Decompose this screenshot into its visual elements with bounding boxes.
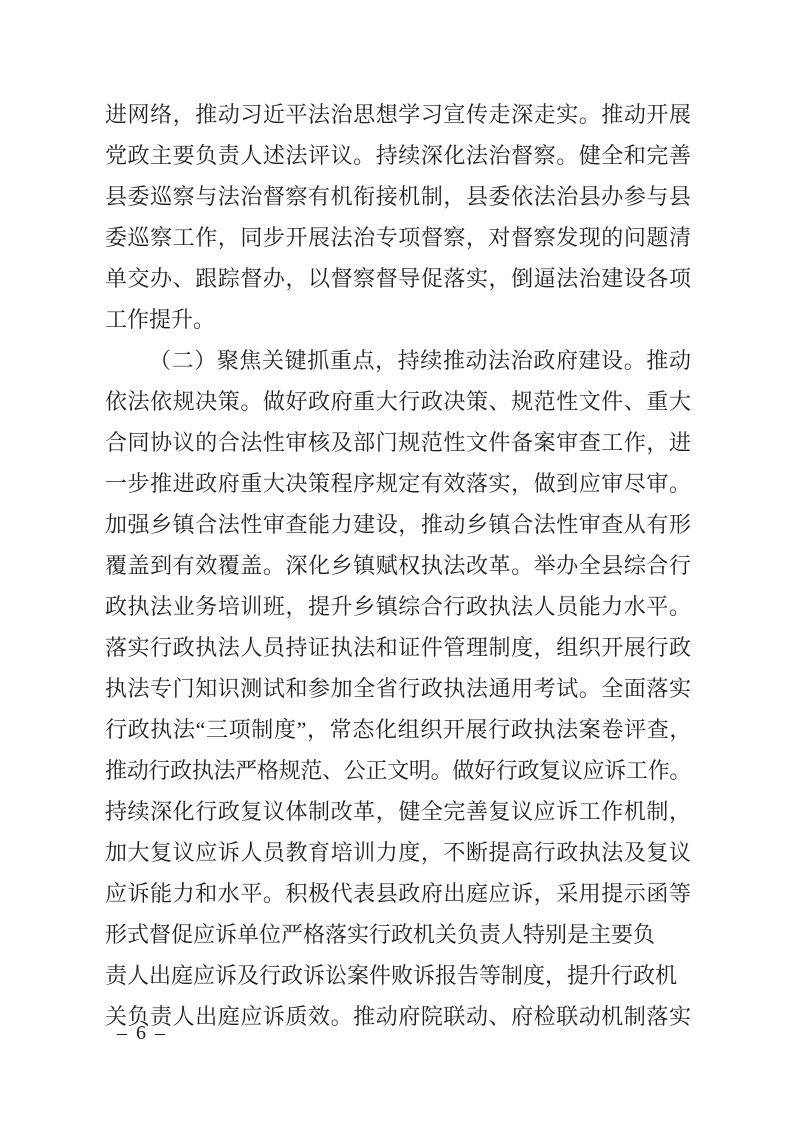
document-body: 进网络，推动习近平法治思想学习宣传走深走实。推动开展党政主要负责人述法评议。持续… (105, 94, 691, 1037)
text-line: 应诉能力和水平。积极代表县政府出庭应诉，采用提示函等 (105, 873, 691, 914)
text-line: 关负责人出庭应诉质效。推动府院联动、府检联动机制落实 (105, 996, 691, 1037)
text-line: 依法依规决策。做好政府重大行政决策、规范性文件、重大 (105, 381, 691, 422)
text-line: 形式督促应诉单位严格落实行政机关负责人特别是主要负 (105, 914, 691, 955)
page-number: – 6 – (117, 1022, 167, 1045)
text-line: 推动行政执法严格规范、公正文明。做好行政复议应诉工作。 (105, 750, 691, 791)
text-line: 执法专门知识测试和参加全省行政执法通用考试。全面落实 (105, 668, 691, 709)
text-line: 合同协议的合法性审核及部门规范性文件备案审查工作，进 (105, 422, 691, 463)
text-line: 党政主要负责人述法评议。持续深化法治督察。健全和完善 (105, 135, 691, 176)
text-line: 覆盖到有效覆盖。深化乡镇赋权执法改革。举办全县综合行 (105, 545, 691, 586)
text-line: 行政执法“三项制度”，常态化组织开展行政执法案卷评查， (105, 709, 691, 750)
text-line: 委巡察工作，同步开展法治专项督察，对督察发现的问题清 (105, 217, 691, 258)
text-line: 一步推进政府重大决策程序规定有效落实，做到应审尽审。 (105, 463, 691, 504)
text-line: 持续深化行政复议体制改革，健全完善复议应诉工作机制， (105, 791, 691, 832)
text-line: 加强乡镇合法性审查能力建设，推动乡镇合法性审查从有形 (105, 504, 691, 545)
text-line: 进网络，推动习近平法治思想学习宣传走深走实。推动开展 (105, 94, 691, 135)
text-line: 政执法业务培训班，提升乡镇综合行政执法人员能力水平。 (105, 586, 691, 627)
text-line: 单交办、跟踪督办，以督察督导促落实，倒逼法治建设各项 (105, 258, 691, 299)
text-line: （二）聚焦关键抓重点，持续推动法治政府建设。推动 (105, 340, 691, 381)
text-line: 工作提升。 (105, 299, 691, 340)
text-line: 加大复议应诉人员教育培训力度，不断提高行政执法及复议 (105, 832, 691, 873)
text-line: 县委巡察与法治督察有机衔接机制，县委依法治县办参与县 (105, 176, 691, 217)
text-line: 落实行政执法人员持证执法和证件管理制度，组织开展行政 (105, 627, 691, 668)
document-page: 进网络，推动习近平法治思想学习宣传走深走实。推动开展党政主要负责人述法评议。持续… (0, 0, 793, 1122)
text-line: 责人出庭应诉及行政诉讼案件败诉报告等制度，提升行政机 (105, 955, 691, 996)
